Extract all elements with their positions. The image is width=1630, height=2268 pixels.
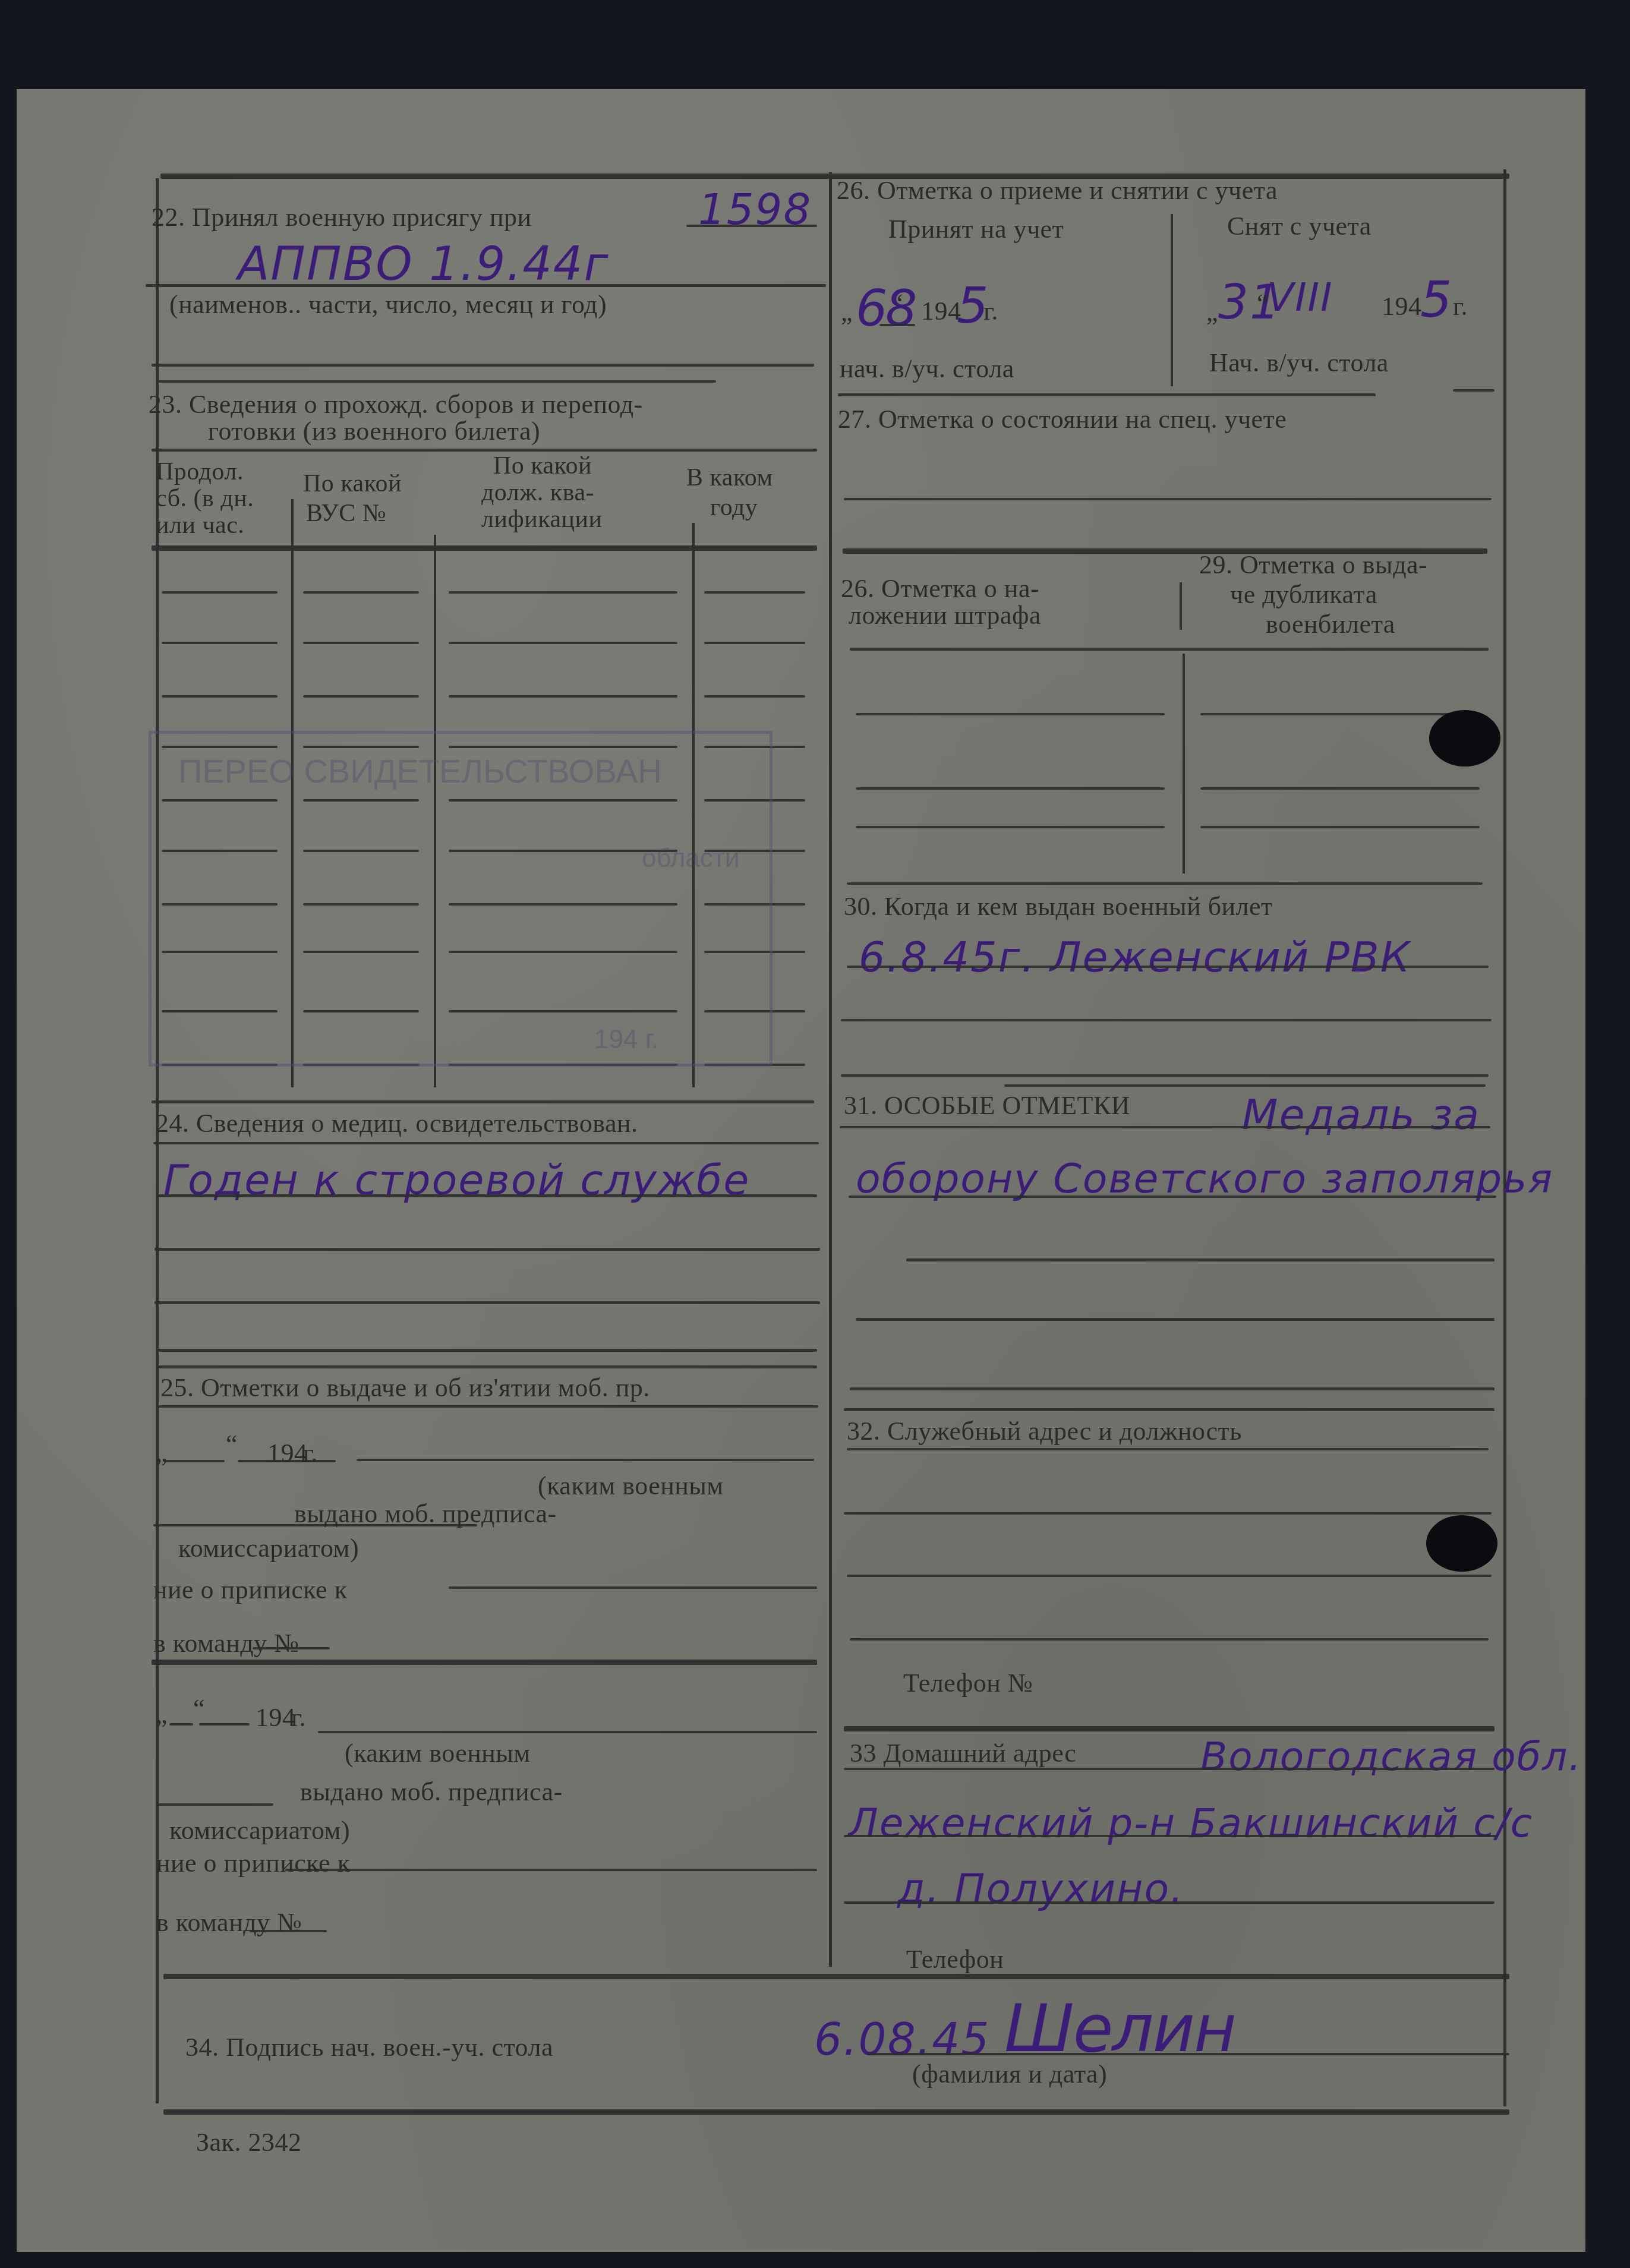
work-phone-label: Телефон № xyxy=(903,1668,1033,1698)
training-col-position-1: По какой xyxy=(493,452,592,480)
registration-bottom-line xyxy=(838,393,1376,396)
training-table-rule xyxy=(449,591,677,594)
mob-entry2-year: 194 xyxy=(256,1702,296,1733)
work-address-bottom-line xyxy=(844,1726,1495,1731)
registered-year-prefix: 194 xyxy=(921,296,961,326)
mob-entry2-year-suffix: г. xyxy=(291,1702,306,1733)
registered-year-suffix: г. xyxy=(983,296,998,326)
mob-entry1-which-military: (каким военным xyxy=(538,1471,724,1501)
fine-duplicate-body-divider xyxy=(1183,654,1185,873)
medical-label-line xyxy=(153,1142,819,1144)
mob-entry2-which-military: (каким военным xyxy=(345,1738,531,1768)
mob-entry2-issued: выдано моб. предписа- xyxy=(300,1777,563,1807)
mob-entry2-commissariat: комиссариатом) xyxy=(169,1815,350,1846)
training-col-vus-2: ВУС № xyxy=(306,499,386,528)
special-notes-line-2 xyxy=(849,1195,1496,1198)
work-address-label: 32. Служебный адрес и должность xyxy=(847,1416,1242,1446)
registered-month-line xyxy=(879,324,915,326)
oath-unit-line xyxy=(686,225,817,227)
military-id-line-3 xyxy=(841,1074,1489,1077)
mob-entry1-day-field xyxy=(165,1460,225,1462)
mob-entry-divider xyxy=(152,1660,817,1665)
work-address-line-1 xyxy=(847,1448,1489,1450)
mob-entry2-commissariat-line xyxy=(157,1803,273,1806)
home-address-line-2 xyxy=(844,1835,1497,1837)
mob-entry1-assignment-field xyxy=(449,1586,817,1589)
training-col-duration-1: Продол. xyxy=(156,458,244,486)
mob-entry2-team-field xyxy=(250,1930,327,1932)
home-address-value-2: Леженский р-н Бакшинский с/с xyxy=(849,1800,1533,1846)
training-header-bottom-line xyxy=(152,545,817,551)
home-address-line-1 xyxy=(844,1768,1495,1770)
fine-duplicate-rule xyxy=(856,713,1165,715)
fine-label-2: ложении штрафа xyxy=(849,600,1041,630)
training-table-rule xyxy=(704,591,805,594)
mob-entry1-quote-mid: “ xyxy=(226,1429,238,1459)
fine-duplicate-divider xyxy=(1180,582,1182,630)
home-address-line-3 xyxy=(844,1901,1495,1904)
fine-duplicate-rule xyxy=(1200,787,1480,790)
special-notes-line-1 xyxy=(840,1126,1490,1128)
special-notes-value-1: Медаль за xyxy=(1242,1090,1480,1139)
registration-divider xyxy=(1171,214,1173,386)
medical-line-5 xyxy=(157,1365,817,1368)
mob-entry1-team: в команду № xyxy=(153,1628,299,1658)
mob-label: 25. Отметки о выдаче и об из'ятии моб. п… xyxy=(160,1373,650,1403)
deregistered-header: Снят с учета xyxy=(1227,211,1372,241)
training-table-rule xyxy=(449,695,677,698)
medical-line-3 xyxy=(155,1301,820,1304)
fine-duplicate-rule xyxy=(856,787,1165,790)
mob-entry2-assignment-field xyxy=(285,1869,817,1871)
training-title-2: готовки (из военного билета) xyxy=(208,416,540,446)
registered-header: Принят на учет xyxy=(888,214,1064,244)
training-col-year-2: году xyxy=(710,493,758,522)
oath-line xyxy=(146,284,826,287)
fine-duplicate-rule xyxy=(856,826,1165,828)
work-address-line-4 xyxy=(850,1638,1489,1641)
training-table-rule xyxy=(704,695,805,698)
binding-hole-top xyxy=(1429,710,1500,766)
mob-entry1-commissariat-field xyxy=(357,1459,814,1461)
military-id-top-line xyxy=(847,882,1483,885)
oath-bottom-line xyxy=(152,364,814,367)
registered-signature-label: нач. в/уч. стола xyxy=(840,354,1014,384)
training-table-rule xyxy=(162,642,278,644)
training-title-1: 23. Сведения о прохожд. сборов и перепод… xyxy=(149,389,643,419)
order-number: Зак. 2342 xyxy=(196,2127,301,2157)
training-table-rule xyxy=(162,695,278,698)
frame-bottom-line xyxy=(163,2109,1509,2115)
training-table-rule xyxy=(303,695,419,698)
training-header-top-line xyxy=(152,449,817,452)
mob-label-line xyxy=(156,1405,818,1408)
signature-label: 34. Подпись нач. воен.-уч. стола xyxy=(185,2032,553,2062)
mob-entry2-month-field xyxy=(199,1723,250,1726)
signature-line xyxy=(868,2053,1509,2055)
fine-duplicate-rule xyxy=(1200,713,1480,715)
training-col-position-2: долж. ква- xyxy=(481,478,594,507)
frame-top-line xyxy=(160,174,1509,179)
medical-line-2 xyxy=(155,1248,820,1251)
training-table-rule xyxy=(449,642,677,644)
mob-entry2-day-field xyxy=(169,1723,193,1726)
signature-date: 6.08.45 xyxy=(814,2014,990,2065)
training-table-rule xyxy=(162,591,278,594)
training-col-duration-3: или час. xyxy=(156,511,244,540)
registration-bottom-line-2 xyxy=(1453,389,1495,392)
mob-entry2-assignment: ние о приписке к xyxy=(156,1848,351,1878)
military-id-line-2 xyxy=(841,1019,1492,1021)
duplicate-label-2: че дубликата xyxy=(1230,579,1377,610)
oath-label: 22. Принял военную присягу при xyxy=(152,202,532,232)
deregistered-signature-label: Нач. в/уч. стола xyxy=(1209,348,1389,378)
registered-quote-open: „ xyxy=(841,297,853,327)
training-col-year-1: В каком xyxy=(686,463,773,492)
medical-value-line xyxy=(157,1194,817,1197)
special-notes-line-3 xyxy=(906,1258,1495,1261)
training-col-duration-2: сб. (в дн. xyxy=(156,484,254,513)
medical-label: 24. Сведения о медиц. освидетельствован. xyxy=(156,1108,638,1138)
registered-month: 8 xyxy=(885,279,918,337)
mob-entry1-commissariat: комиссариатом) xyxy=(178,1533,359,1563)
oath-bottom-line-2 xyxy=(157,380,716,383)
fine-duplicate-rule xyxy=(1200,826,1480,828)
mob-entry1-year: 194 xyxy=(267,1438,308,1468)
fine-label-1: 26. Отметка о на- xyxy=(841,573,1039,604)
deregistered-year-digit: 5 xyxy=(1420,270,1453,329)
training-col-position-3: лификации xyxy=(481,505,602,534)
faded-stamp-line1: ПЕРЕО СВИДЕТЕЛЬСТВОВАН xyxy=(178,752,662,790)
oath-caption: (наименов.. части, число, месяц и год) xyxy=(169,289,607,320)
deregistered-month: VIII xyxy=(1267,275,1333,320)
binding-hole-bottom xyxy=(1426,1515,1497,1572)
home-phone-label: Телефон xyxy=(906,1944,1004,1974)
mob-entry1-assignment: ние о приписке к xyxy=(153,1575,348,1605)
military-id-value-line xyxy=(847,966,1489,968)
mob-entry1-quote-open: „ xyxy=(156,1438,168,1468)
registration-label: 26. Отметка о приеме и снятии с учета xyxy=(837,175,1278,206)
registered-day: 6 xyxy=(856,279,888,337)
special-registration-line xyxy=(844,498,1492,500)
fine-duplicate-header-line xyxy=(850,648,1489,651)
special-notes-line-6 xyxy=(844,1408,1495,1411)
training-table-rule xyxy=(704,642,805,644)
training-col-vus-1: По какой xyxy=(303,469,402,498)
mob-entry2-quote-mid: “ xyxy=(193,1693,205,1724)
column-divider xyxy=(829,172,832,1967)
special-notes-label: 31. ОСОБЫЕ ОТМЕТКИ xyxy=(844,1090,1130,1121)
training-table-rule xyxy=(303,591,419,594)
duplicate-label-3: военбилета xyxy=(1266,609,1395,639)
faded-stamp-year: 194 г. xyxy=(594,1025,659,1055)
mob-entry1-issued: выдано моб. предписа- xyxy=(294,1499,557,1529)
mob-entry2-quote-open: „ xyxy=(156,1699,168,1730)
special-notes-line-4 xyxy=(856,1318,1495,1321)
work-address-line-3 xyxy=(847,1575,1492,1577)
home-address-label: 33 Домашний адрес xyxy=(850,1738,1076,1768)
home-address-value-3: д. Полухино. xyxy=(897,1866,1184,1913)
deregistered-year-suffix: г. xyxy=(1453,291,1468,321)
duplicate-label-1: 29. Отметка о выда- xyxy=(1199,550,1427,580)
signature-caption: (фамилия и дата) xyxy=(912,2059,1107,2089)
mob-entry1-year-suffix: г. xyxy=(303,1438,318,1468)
work-address-line-2 xyxy=(844,1512,1492,1515)
training-table-rule xyxy=(303,642,419,644)
deregistered-quote-open: „ xyxy=(1206,297,1218,327)
military-id-line-4 xyxy=(1004,1084,1486,1087)
mob-entry2-team: в команду № xyxy=(156,1907,302,1938)
military-id-label: 30. Когда и кем выдан военный билет xyxy=(844,891,1273,922)
medical-top-line xyxy=(152,1100,814,1103)
mob-entry1-team-field xyxy=(253,1647,330,1649)
deregistered-year-prefix: 194 xyxy=(1382,291,1422,321)
special-notes-line-5 xyxy=(850,1387,1495,1390)
special-registration-label: 27. Отметка о состоянии на спец. учете xyxy=(838,404,1287,434)
oath-unit-date: АППВО 1.9.44г xyxy=(238,238,609,291)
military-id-value: 6.8.45г. Леженский РВК xyxy=(859,933,1411,982)
mob-entry2-commissariat-field xyxy=(318,1731,817,1733)
faded-stamp-line2: области xyxy=(642,844,740,873)
medical-line-4 xyxy=(157,1349,817,1352)
home-address-value-1: Вологодская обл. xyxy=(1200,1734,1582,1780)
signature-top-line xyxy=(163,1974,1509,1979)
